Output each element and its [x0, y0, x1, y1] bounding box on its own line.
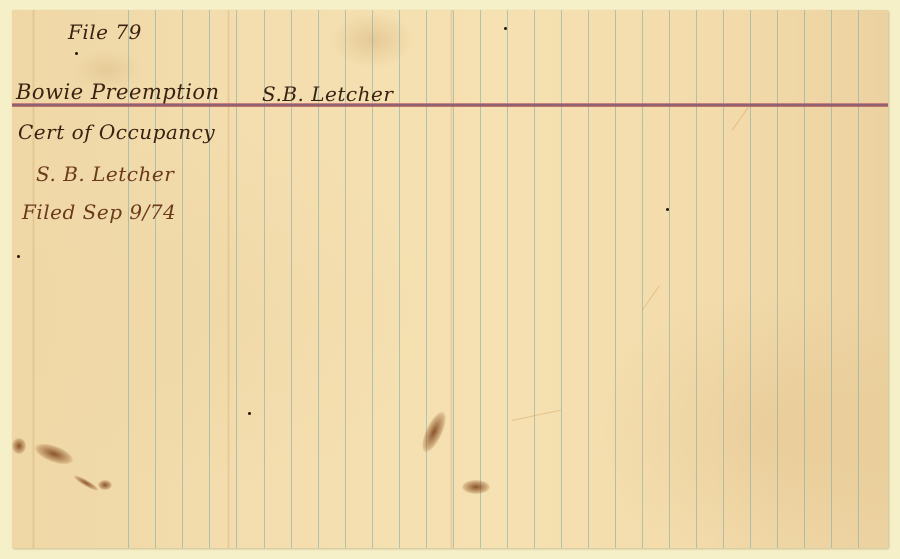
ruled-line [588, 10, 589, 548]
ruled-line [399, 10, 400, 548]
speck [666, 208, 669, 211]
ink-stain [72, 473, 99, 492]
ruled-line [750, 10, 751, 548]
ruled-line [858, 10, 859, 548]
ink-stain [417, 409, 450, 456]
ink-stain [32, 440, 75, 469]
ruled-line [480, 10, 481, 548]
ink-stain [12, 438, 26, 454]
ruled-line [669, 10, 670, 548]
ruled-line [507, 10, 508, 548]
ruled-line [804, 10, 805, 548]
ruled-line [831, 10, 832, 548]
ruled-line [236, 10, 237, 548]
fold-crease [450, 10, 453, 548]
ruled-line [426, 10, 427, 548]
bleed-through-mark [642, 286, 660, 311]
body-line-name: S. B. Letcher [36, 162, 174, 186]
speck [248, 412, 251, 415]
document-sheet: File 79 Bowie Preemption S.B. Letcher Ce… [12, 10, 888, 548]
ruled-line [534, 10, 535, 548]
body-line-certificate: Cert of Occupancy [18, 120, 215, 144]
ruled-line [696, 10, 697, 548]
bleed-through-mark [732, 106, 750, 131]
fold-crease [227, 10, 230, 548]
speck [17, 255, 20, 258]
body-line-filed-date: Filed Sep 9/74 [22, 200, 176, 224]
speck [75, 52, 78, 55]
title-left: Bowie Preemption [16, 80, 220, 104]
ink-stain [462, 480, 490, 494]
ruled-line [642, 10, 643, 548]
ruled-line [453, 10, 454, 548]
ruled-line [615, 10, 616, 548]
file-number-label: File 79 [68, 20, 142, 44]
ink-stain [98, 480, 112, 490]
ruled-line [777, 10, 778, 548]
title-right: S.B. Letcher [262, 82, 393, 106]
ruled-line [723, 10, 724, 548]
speck [504, 27, 507, 30]
bleed-through-mark [512, 410, 561, 421]
ruled-line [561, 10, 562, 548]
